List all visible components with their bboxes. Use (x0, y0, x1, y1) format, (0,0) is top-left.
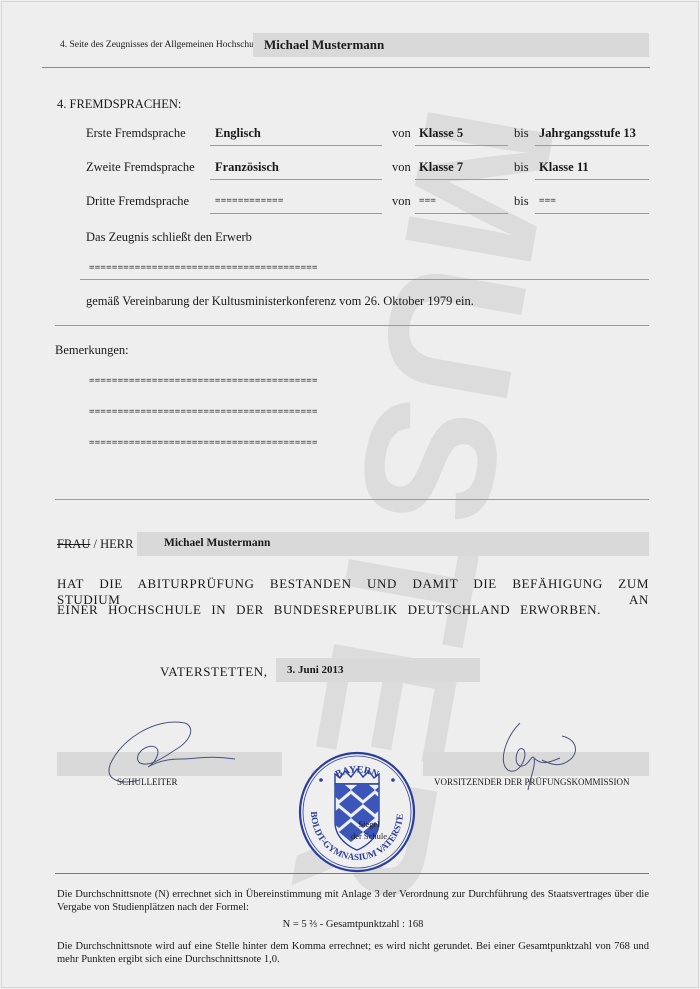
language-from: === (419, 196, 436, 206)
erwerb-value: ======================================== (89, 263, 318, 273)
from-underline (415, 213, 508, 214)
bis-label: bis (514, 126, 529, 141)
from-underline (415, 145, 508, 146)
erwerb-text: Das Zeugnis schließt den Erwerb (86, 230, 252, 245)
language-from: Klasse 7 (419, 160, 463, 175)
language-name: Englisch (215, 126, 261, 141)
to-underline (535, 145, 649, 146)
divider (55, 873, 649, 874)
language-underline (210, 213, 382, 214)
salutation: FRAU / HERR (57, 537, 133, 552)
agreement-text: gemäß Vereinbarung der Kultusministerkon… (86, 294, 474, 309)
language-to: Klasse 11 (539, 160, 589, 175)
formula: N = 5 ⅔ - Gesamtpunktzahl : 168 (57, 918, 649, 931)
from-underline (415, 179, 508, 180)
divider (42, 67, 650, 68)
von-label: von (392, 126, 411, 141)
language-row-label: Zweite Fremdsprache (86, 160, 195, 175)
divider (55, 325, 649, 326)
language-name: ============ (215, 196, 284, 206)
place: VATERSTETTEN, (160, 664, 268, 680)
remarks-label: Bemerkungen: (55, 343, 129, 358)
divider (55, 499, 649, 500)
language-name: Französisch (215, 160, 279, 175)
school-seal-icon: BAYERN HUMBOLDT-GYMNASIUM VATERSTETTEN (297, 750, 417, 874)
language-to: Jahrgangsstufe 13 (539, 126, 636, 141)
footnote-para-1: Die Durchschnittsnote (N) errechnet sich… (57, 888, 649, 914)
header-student-name: Michael Mustermann (264, 37, 384, 53)
remark-line: ======================================== (89, 407, 318, 417)
statement-line-2: EINER HOCHSCHULE IN DER BUNDESREPUBLIK D… (57, 602, 601, 618)
language-from: Klasse 5 (419, 126, 463, 141)
remark-line: ======================================== (89, 376, 318, 386)
seal-label: Siegel der Schule (346, 818, 392, 842)
signature-right-icon (490, 718, 590, 793)
signature-left-icon (100, 715, 250, 790)
to-underline (535, 213, 649, 214)
language-underline (210, 145, 382, 146)
language-underline (210, 179, 382, 180)
section-title: 4. FREMDSPRACHEN: (57, 97, 181, 112)
footnote-para-2: Die Durchschnittsnote wird auf eine Stel… (57, 940, 649, 966)
bis-label: bis (514, 160, 529, 175)
result-student-name: Michael Mustermann (164, 537, 270, 549)
von-label: von (392, 194, 411, 209)
language-row-label: Dritte Fremdsprache (86, 194, 189, 209)
erwerb-underline (80, 279, 649, 280)
bis-label: bis (514, 194, 529, 209)
language-row-label: Erste Fremdsprache (86, 126, 186, 141)
language-to: === (539, 196, 556, 206)
date: 3. Juni 2013 (287, 664, 344, 676)
von-label: von (392, 160, 411, 175)
remark-line: ======================================== (89, 438, 318, 448)
to-underline (535, 179, 649, 180)
